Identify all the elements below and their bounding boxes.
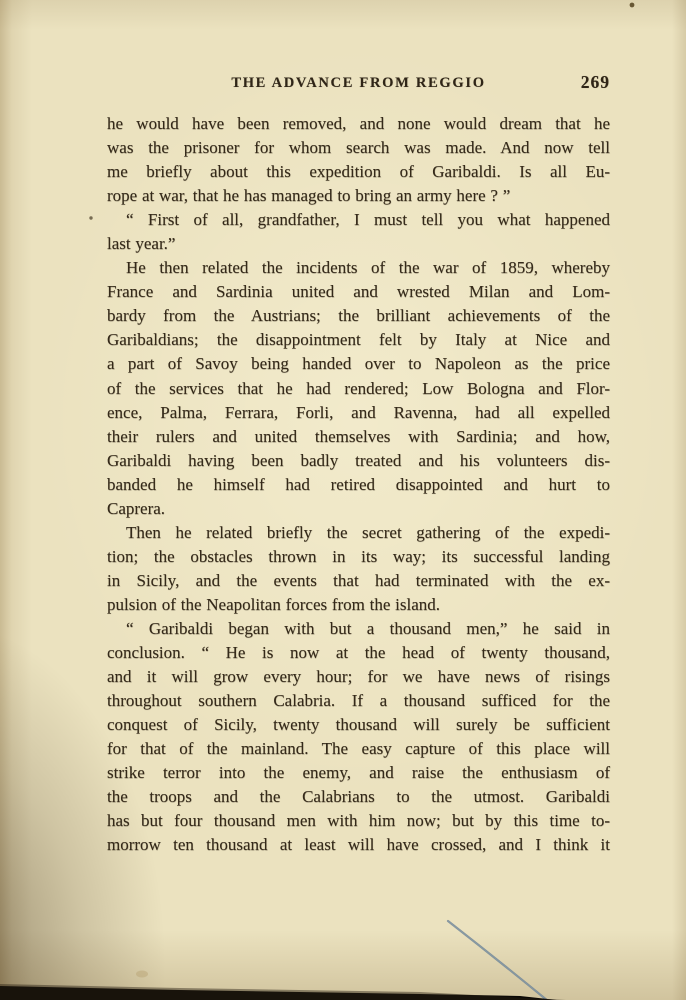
text-line: “ Garibaldi began with but a thousand me… [107, 617, 610, 641]
pen-mark [448, 921, 548, 1000]
text-line: in Sicily, and the events that had termi… [107, 569, 610, 593]
paragraph: “ Garibaldi began with but a thousand me… [107, 617, 610, 857]
text-line: their rulers and united themselves with … [107, 425, 610, 449]
text-line: Then he related briefly the secret gathe… [107, 521, 610, 545]
paper-speck [630, 3, 635, 8]
scan-edge-shadow [0, 986, 566, 1000]
text-line: me briefly about this expedition of Gari… [107, 160, 610, 184]
text-line: tion; the obstacles thrown in its way; i… [107, 545, 610, 569]
pen-mark-highlight [448, 921, 548, 1000]
text-line: of the services that he had rendered; Lo… [107, 377, 610, 401]
text-line: “ First of all, grandfather, I must tell… [107, 208, 610, 232]
text-line: and it will grow every hour; for we have… [107, 665, 610, 689]
text-line: for that of the mainland. The easy captu… [107, 737, 610, 761]
paragraph: he would have been removed, and none wou… [107, 112, 610, 208]
text-line: strike terror into the enemy, and raise … [107, 761, 610, 785]
text-line: has but four thousand men with him now; … [107, 809, 610, 833]
text-line: Garibaldians; the disappointment felt by… [107, 328, 610, 352]
text-line: the troops and the Calabrians to the utm… [107, 785, 610, 809]
text-line: Caprera. [107, 497, 610, 521]
text-line: morrow ten thousand at least will have c… [107, 833, 610, 857]
paper-smudge [136, 971, 148, 978]
text-line: He then related the incidents of the war… [107, 256, 610, 280]
text-line: he would have been removed, and none wou… [107, 112, 610, 136]
paragraph: He then related the incidents of the war… [107, 256, 610, 521]
paper-speck [89, 216, 92, 219]
text-line: conquest of Sicily, twenty thousand will… [107, 713, 610, 737]
text-line: rope at war, that he has managed to brin… [107, 184, 610, 208]
page-header: THE ADVANCE FROM REGGIO 269 [107, 75, 610, 99]
scan-edge-shadow-soft [0, 984, 566, 1000]
paragraph: Then he related briefly the secret gathe… [107, 521, 610, 617]
text-line: a part of Savoy being handed over to Nap… [107, 352, 610, 376]
book-page-scan: THE ADVANCE FROM REGGIO 269 he would hav… [0, 0, 686, 1000]
page-text: he would have been removed, and none wou… [107, 112, 610, 857]
text-line: banded he himself had retired disappoint… [107, 473, 610, 497]
running-header-title: THE ADVANCE FROM REGGIO [107, 75, 610, 92]
paragraph: “ First of all, grandfather, I must tell… [107, 208, 610, 256]
text-line: pulsion of the Neapolitan forces from th… [107, 593, 610, 617]
text-line: was the prisoner for whom search was mad… [107, 136, 610, 160]
page-number: 269 [581, 72, 610, 93]
text-line: Garibaldi having been badly treated and … [107, 449, 610, 473]
text-line: France and Sardinia united and wrested M… [107, 280, 610, 304]
text-line: last year.” [107, 232, 610, 256]
text-line: ence, Palma, Ferrara, Forli, and Ravenna… [107, 401, 610, 425]
text-line: throughout southern Calabria. If a thous… [107, 689, 610, 713]
text-line: conclusion. “ He is now at the head of t… [107, 641, 610, 665]
text-line: bardy from the Austrians; the brilliant … [107, 304, 610, 328]
